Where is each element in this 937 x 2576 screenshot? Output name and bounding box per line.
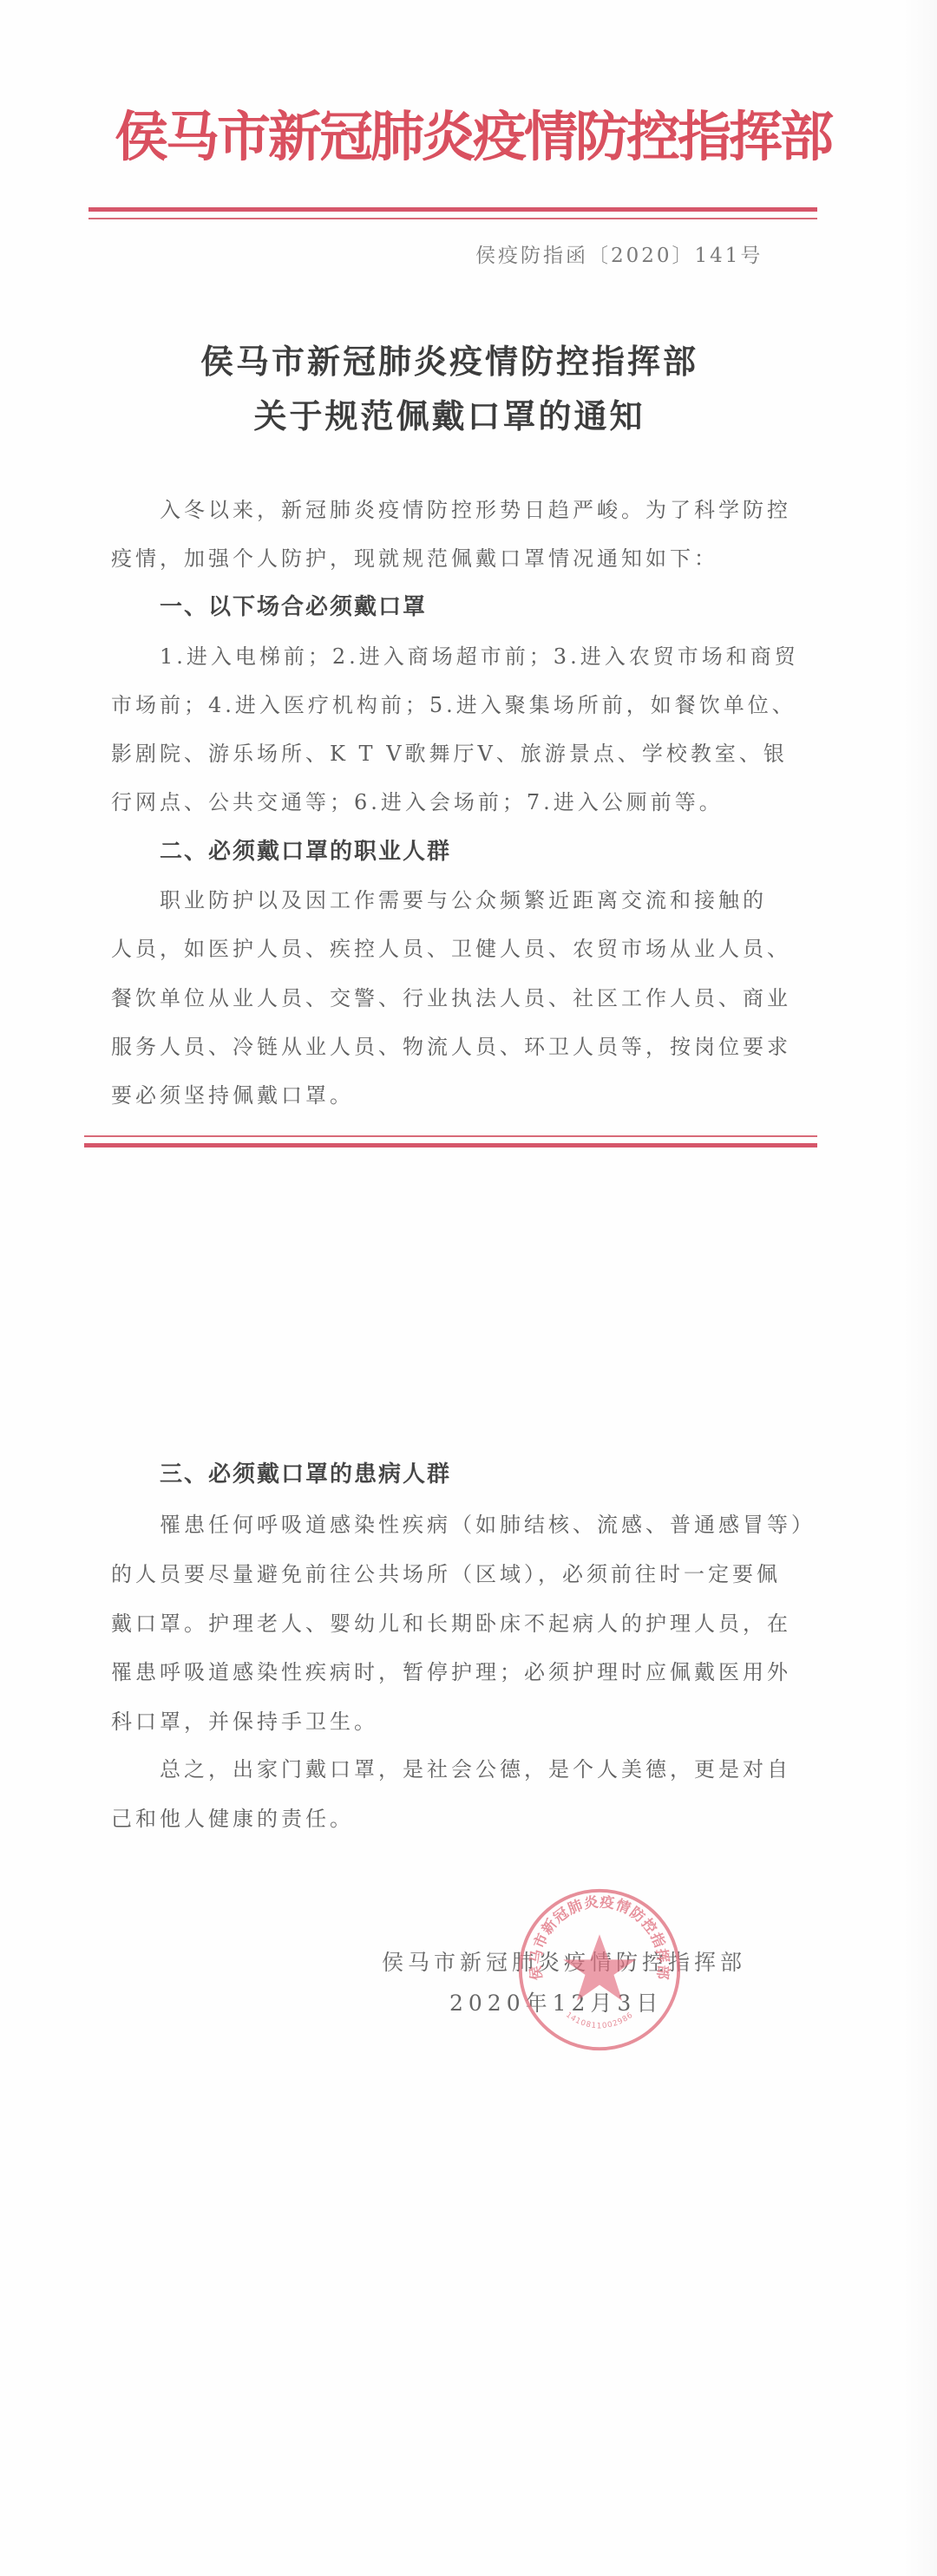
document-page: 侯马市新冠肺炎疫情防控指挥部 侯疫防指函〔2020〕141号 侯马市新冠肺炎疫情… — [0, 0, 937, 2576]
document-title-line2: 关于规范佩戴口罩的通知 — [0, 396, 899, 436]
section-heading-1: 一、以下场合必须戴口罩 — [160, 590, 854, 624]
page-break-rule-thin — [84, 1135, 817, 1137]
section1-line: 1.进入电梯前；2.进入商场超市前；3.进入农贸市场和商贸 — [160, 639, 854, 674]
section3-line: 罹患任何呼吸道感染性疾病（如肺结核、流感、普通感冒等） — [160, 1507, 854, 1542]
page-edge-shadow — [902, 0, 937, 2576]
official-seal-icon: 侯马市新冠肺炎疫情防控指挥部 1410811002986 — [515, 1886, 684, 2054]
section1-line: 影剧院、游乐场所、K T V歌舞厅V、旅游景点、学校教室、银 — [111, 736, 805, 771]
letterhead-rule-thin — [88, 218, 817, 219]
section2-line: 要必须坚持佩戴口罩。 — [111, 1078, 805, 1113]
section2-line: 人员，如医护人员、疾控人员、卫健人员、农贸市场从业人员、 — [111, 932, 805, 966]
page-break-rule-thick — [84, 1143, 817, 1147]
section3-line: 科口罩，并保持手卫生。 — [111, 1704, 805, 1739]
section3-line: 罹患呼吸道感染性疾病时，暂停护理；必须护理时应佩戴医用外 — [111, 1655, 805, 1690]
conclusion-line: 己和他人健康的责任。 — [111, 1801, 805, 1836]
conclusion-line: 总之，出家门戴口罩，是社会公德，是个人美德，更是对自 — [160, 1752, 854, 1787]
section1-line: 市场前；4.进入医疗机构前；5.进入聚集场所前，如餐饮单位、 — [111, 688, 805, 722]
intro-line: 入冬以来，新冠肺炎疫情防控形势日趋严峻。为了科学防控 — [160, 493, 854, 527]
letterhead-rule-thick — [88, 207, 817, 212]
document-title-line1: 侯马市新冠肺炎疫情防控指挥部 — [0, 342, 899, 382]
document-number: 侯疫防指函〔2020〕141号 — [475, 243, 770, 269]
intro-line: 疫情，加强个人防护，现就规范佩戴口罩情况通知如下： — [111, 541, 805, 576]
letterhead-title: 侯马市新冠肺炎疫情防控指挥部 — [115, 102, 800, 172]
section3-line: 戴口罩。护理老人、婴幼儿和长期卧床不起病人的护理人员，在 — [111, 1606, 805, 1641]
section-heading-3: 三、必须戴口罩的患病人群 — [160, 1457, 854, 1492]
svg-text:1410811002986: 1410811002986 — [564, 2010, 635, 2030]
section2-line: 职业防护以及因工作需要与公众频繁近距离交流和接触的 — [160, 883, 854, 918]
section2-line: 服务人员、冷链从业人员、物流人员、环卫人员等，按岗位要求 — [111, 1030, 805, 1064]
section3-line: 的人员要尽量避免前往公共场所（区域），必须前往时一定要佩 — [111, 1557, 805, 1592]
section2-line: 餐饮单位从业人员、交警、行业执法人员、社区工作人员、商业 — [111, 981, 805, 1016]
section-heading-2: 二、必须戴口罩的职业人群 — [160, 834, 854, 869]
section1-line: 行网点、公共交通等；6.进入会场前；7.进入公厕前等。 — [111, 785, 805, 820]
